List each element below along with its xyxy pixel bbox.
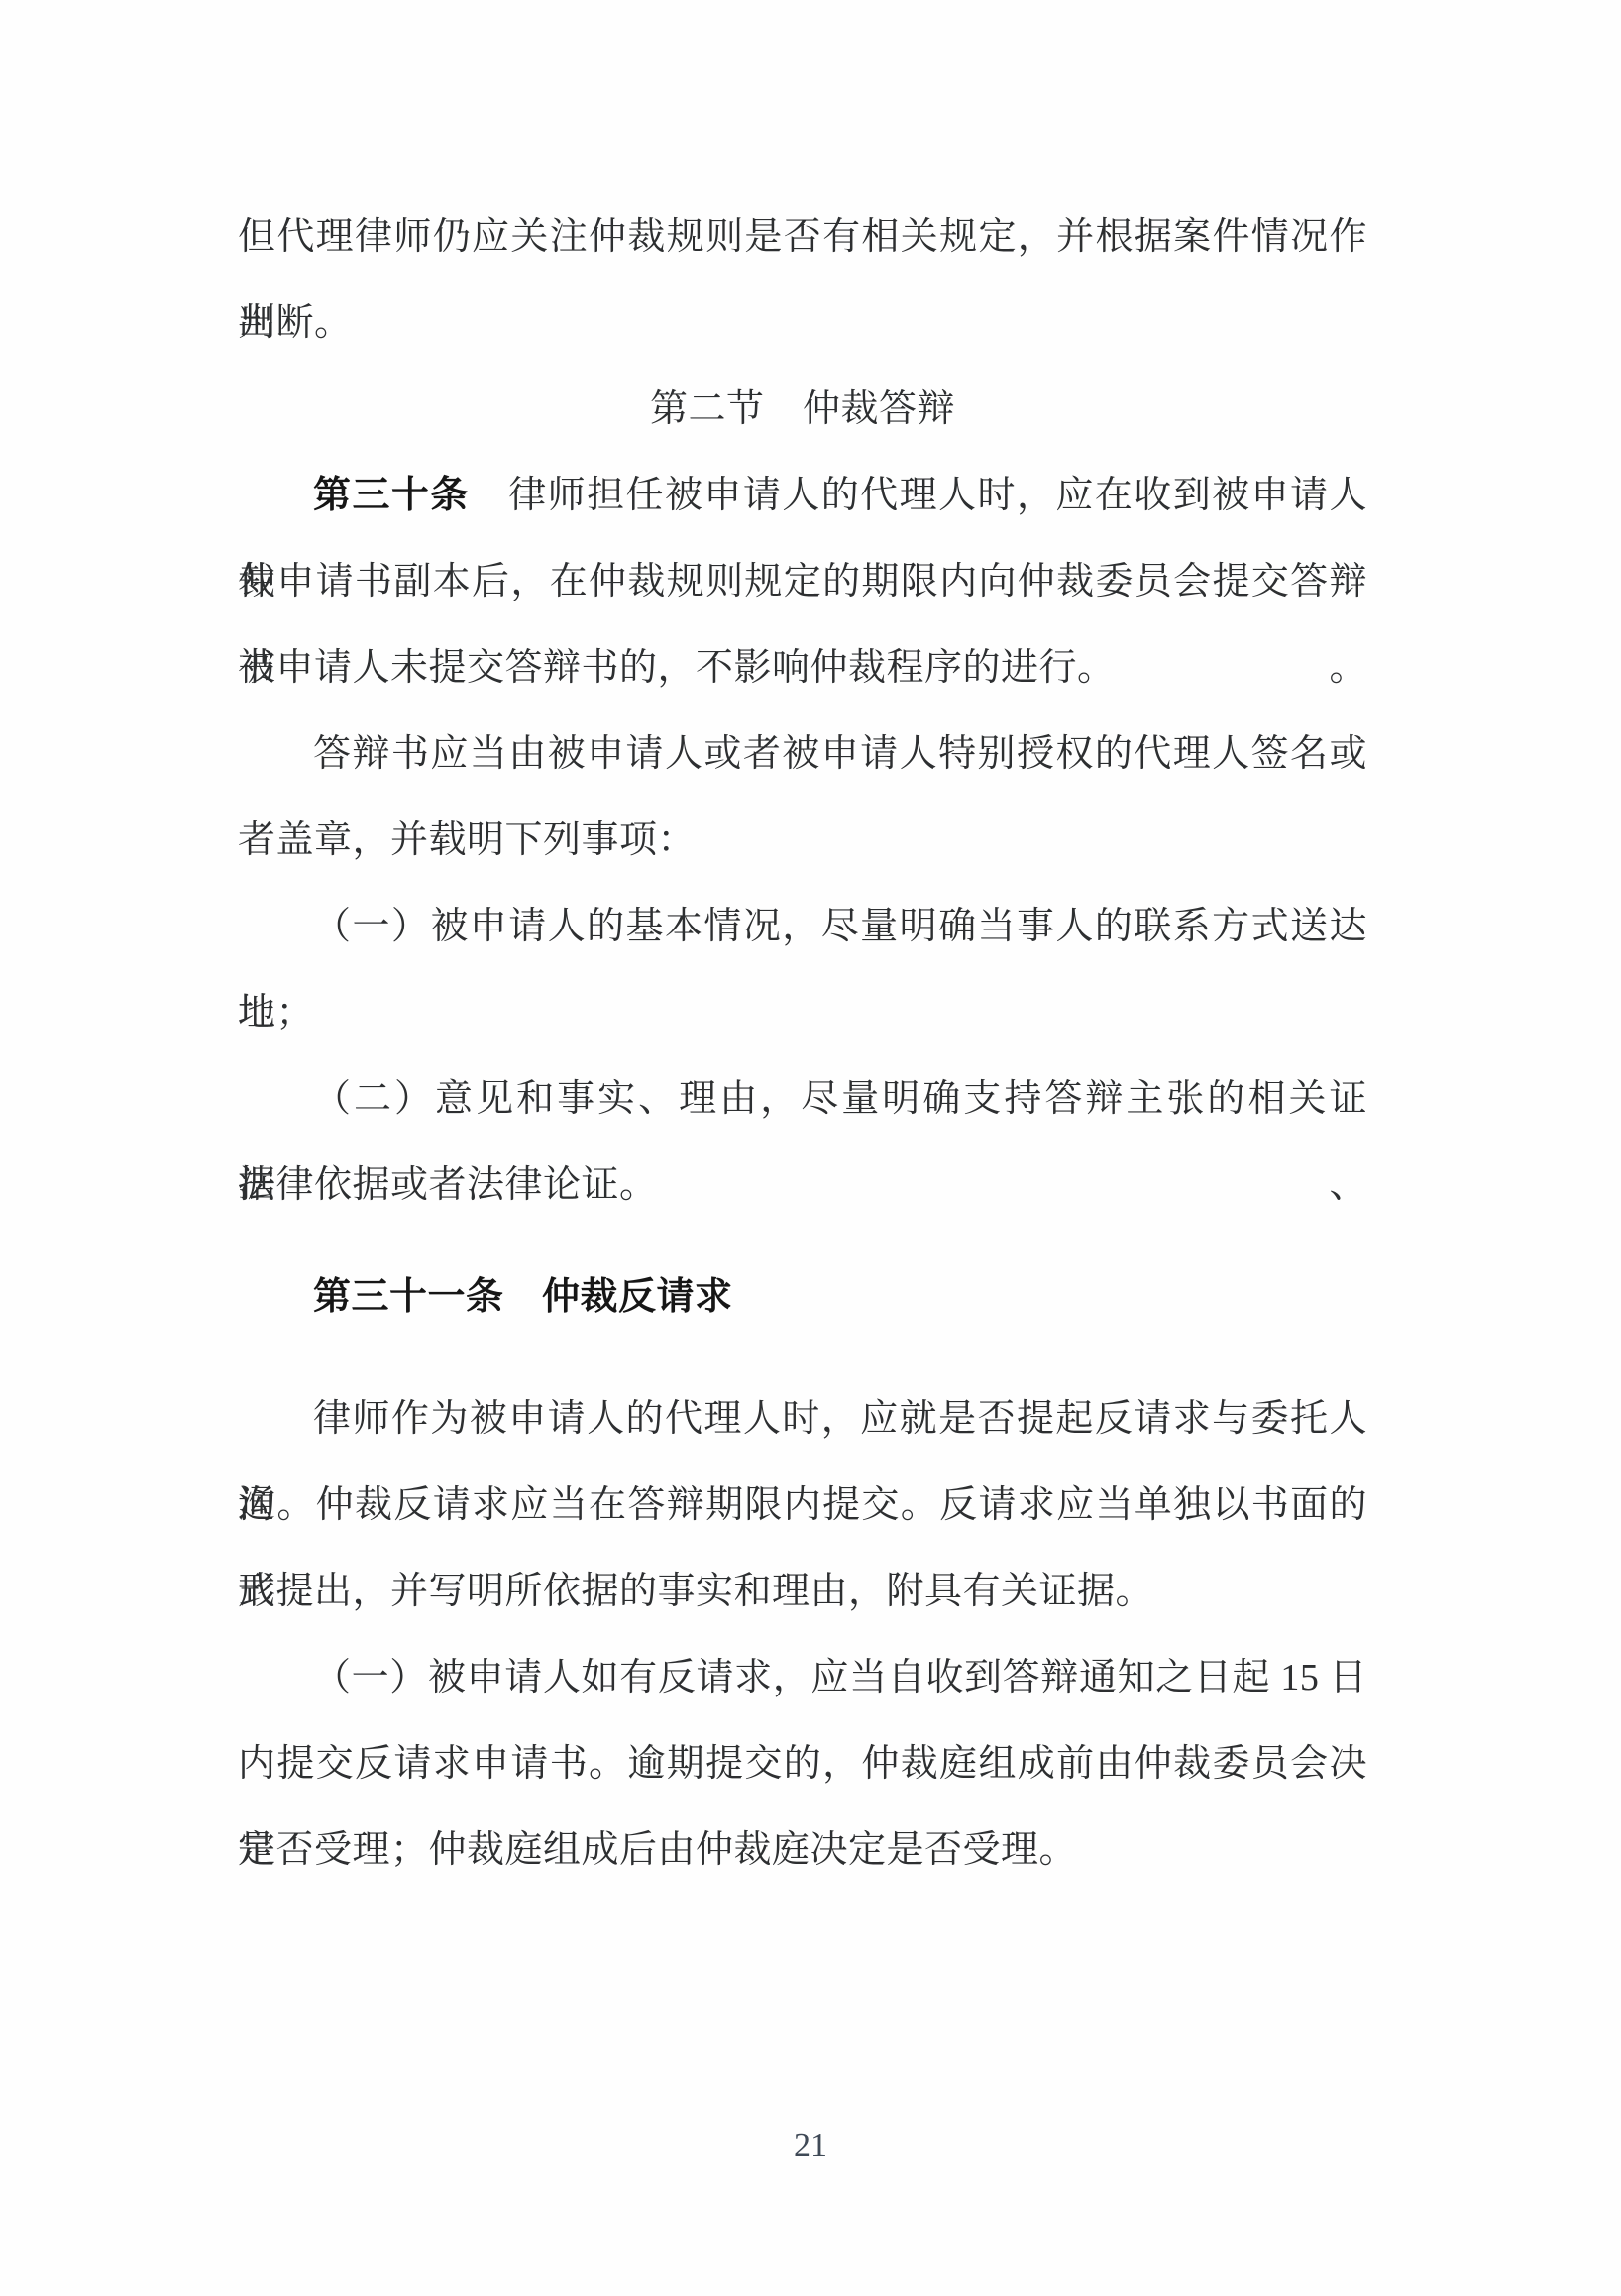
article-30-label: 第三十条	[313, 475, 470, 516]
article-31-paragraph1-line-3: 式提出，并写明所依据的事实和理由，附具有关证据。	[238, 1549, 1367, 1635]
article-30-item2-line-1: （二）意见和事实、理由，尽量明确支持答辩主张的相关证据、	[238, 1056, 1367, 1143]
article-31-item1-line-2: 内提交反请求申请书。逾期提交的，仲裁庭组成前由仲裁委员会决定	[238, 1721, 1367, 1807]
article-31-heading: 第三十一条 仲裁反请求	[238, 1255, 1367, 1341]
section-heading: 第二节 仲裁答辩	[238, 367, 1367, 453]
document-body: 但代理律师仍应关注仲裁规则是否有相关规定，并根据案件情况作出 判断。 第二节 仲…	[238, 194, 1367, 1894]
document-page: 但代理律师仍应关注仲裁规则是否有相关规定，并根据案件情况作出 判断。 第二节 仲…	[0, 0, 1621, 2296]
article-31-paragraph1-line-1: 律师作为被申请人的代理人时，应就是否提起反请求与委托人沟	[238, 1376, 1367, 1463]
article-31-paragraph1-line-2: 通。仲裁反请求应当在答辩期限内提交。反请求应当单独以书面的形	[238, 1463, 1367, 1549]
closing-paragraph-line-2: 判断。	[238, 280, 1367, 367]
closing-paragraph-line-1: 但代理律师仍应关注仲裁规则是否有相关规定，并根据案件情况作出	[238, 194, 1367, 280]
article-30-opening-line: 第三十条 律师担任被申请人的代理人时，应在收到被申请人仲	[238, 453, 1367, 539]
article-31-item1-line-3: 是否受理；仲裁庭组成后由仲裁庭决定是否受理。	[238, 1807, 1367, 1894]
article-30-item1-line-2: 址；	[238, 970, 1367, 1056]
page-number: 21	[0, 2127, 1621, 2166]
article-30-item1-line-1: （一）被申请人的基本情况，尽量明确当事人的联系方式送达地	[238, 884, 1367, 970]
article-30-paragraph2-line-1: 答辩书应当由被申请人或者被申请人特别授权的代理人签名或	[238, 711, 1367, 798]
article-30-paragraph1-line-2: 裁申请书副本后，在仲裁规则规定的期限内向仲裁委员会提交答辩书。	[238, 539, 1367, 625]
article-30-paragraph2-line-2: 者盖章，并载明下列事项：	[238, 798, 1367, 884]
article-31-item1-line-1: （一）被申请人如有反请求，应当自收到答辩通知之日起 15 日	[238, 1635, 1367, 1721]
